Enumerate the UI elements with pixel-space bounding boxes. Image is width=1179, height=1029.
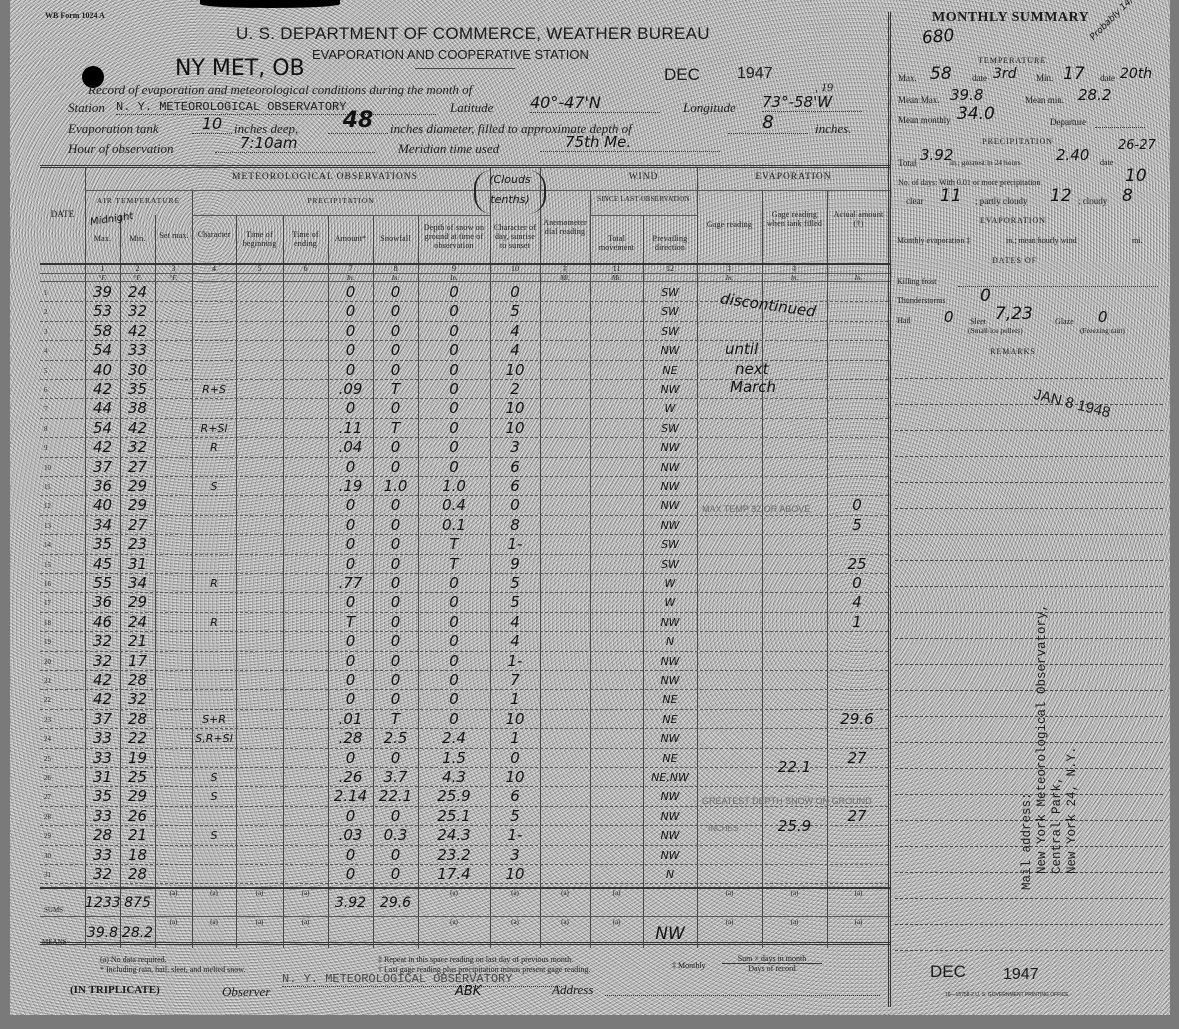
cell-snow[interactable]: 0 xyxy=(373,438,418,457)
cell-amt[interactable]: 0 xyxy=(328,555,373,574)
cell-actual[interactable] xyxy=(827,283,887,302)
cell-actual[interactable] xyxy=(827,361,887,380)
cell-char[interactable] xyxy=(192,652,236,671)
cell-char[interactable] xyxy=(192,865,236,884)
cell-depth[interactable]: 1.0 xyxy=(418,477,490,496)
cell-depth[interactable]: 2.4 xyxy=(418,729,490,748)
greatest-field[interactable]: 2.40 xyxy=(1056,146,1089,164)
cell-actual[interactable] xyxy=(827,865,887,884)
cell-cday[interactable]: 4 xyxy=(490,613,540,632)
remark-line[interactable] xyxy=(895,508,1165,509)
cell-dir[interactable]: SW xyxy=(643,419,697,438)
observer-field[interactable]: N. Y. METEOROLOGICAL OBSERVATORY xyxy=(282,972,562,987)
cell-cday[interactable]: 8 xyxy=(490,516,540,535)
cell-actual[interactable] xyxy=(827,302,887,321)
cell-max[interactable]: 28 xyxy=(85,826,120,845)
cell-char[interactable]: S xyxy=(192,826,236,845)
cell-snow[interactable]: 2.5 xyxy=(373,729,418,748)
cell-actual[interactable]: 25 xyxy=(827,555,887,574)
cell-depth[interactable]: 0 xyxy=(418,710,490,729)
cell-amt[interactable]: 0 xyxy=(328,865,373,884)
cell-min[interactable]: 26 xyxy=(120,807,155,826)
cell-min[interactable]: 29 xyxy=(120,477,155,496)
cell-max[interactable]: 42 xyxy=(85,438,120,457)
cell-min[interactable]: 35 xyxy=(120,380,155,399)
cell-depth[interactable]: 0 xyxy=(418,341,490,360)
remark-line[interactable] xyxy=(895,560,1165,561)
cell-char[interactable]: R xyxy=(192,438,236,457)
fill-depth-field[interactable]: 8 xyxy=(728,112,808,134)
cell-max[interactable]: 35 xyxy=(85,787,120,806)
cell-cday[interactable]: 2 xyxy=(490,380,540,399)
cell-actual[interactable] xyxy=(827,458,887,477)
cell-max[interactable]: 32 xyxy=(85,632,120,651)
cell-actual[interactable]: 5 xyxy=(827,516,887,535)
cell-depth[interactable]: 0 xyxy=(418,671,490,690)
cell-snow[interactable]: 0 xyxy=(373,613,418,632)
cell-depth[interactable]: 0 xyxy=(418,283,490,302)
cell-char[interactable]: R xyxy=(192,574,236,593)
cell-min[interactable]: 25 xyxy=(120,768,155,787)
cell-snow[interactable]: 0 xyxy=(373,632,418,651)
cell-dir[interactable]: NW xyxy=(643,477,697,496)
cell-amt[interactable]: .11 xyxy=(328,419,373,438)
cell-actual[interactable] xyxy=(827,419,887,438)
tank-depth-field[interactable]: 10 xyxy=(192,114,232,134)
cell-snow[interactable]: 0 xyxy=(373,322,418,341)
cell-actual[interactable] xyxy=(827,690,887,709)
cell-depth[interactable]: 0 xyxy=(418,593,490,612)
cell-max[interactable]: 33 xyxy=(85,749,120,768)
cell-depth[interactable]: 0 xyxy=(418,652,490,671)
cell-depth[interactable]: 0 xyxy=(418,574,490,593)
cell-actual[interactable]: 4 xyxy=(827,593,887,612)
cell-snow[interactable]: 0 xyxy=(373,458,418,477)
cell-cday[interactable]: 6 xyxy=(490,787,540,806)
cell-snow[interactable]: T xyxy=(373,419,418,438)
remark-line[interactable] xyxy=(895,404,1165,405)
cell-char[interactable] xyxy=(192,846,236,865)
cell-cday[interactable]: 0 xyxy=(490,749,540,768)
remark-line[interactable] xyxy=(895,482,1165,483)
cell-amt[interactable]: .77 xyxy=(328,574,373,593)
cell-cday[interactable]: 3 xyxy=(490,846,540,865)
cell-char[interactable] xyxy=(192,593,236,612)
cell-depth[interactable]: T xyxy=(418,555,490,574)
cell-dir[interactable]: W xyxy=(643,399,697,418)
cell-cday[interactable]: 1 xyxy=(490,690,540,709)
cell-char[interactable] xyxy=(192,458,236,477)
latitude-field[interactable]: 40°-47'N xyxy=(530,93,660,113)
partly-cloudy-field[interactable]: 12 xyxy=(1050,186,1072,206)
cell-cday[interactable]: 5 xyxy=(490,593,540,612)
cell-max[interactable]: 33 xyxy=(85,807,120,826)
cell-depth[interactable]: 17.4 xyxy=(418,865,490,884)
cell-dir[interactable]: NW xyxy=(643,652,697,671)
cell-snow[interactable]: T xyxy=(373,710,418,729)
cell-amt[interactable]: T xyxy=(328,613,373,632)
cell-amt[interactable]: 0 xyxy=(328,341,373,360)
cell-min[interactable]: 32 xyxy=(120,302,155,321)
cell-dir[interactable]: NW xyxy=(643,380,697,399)
clear-field[interactable]: 11 xyxy=(940,186,962,206)
mean-monthly-field[interactable]: 34.0 xyxy=(957,104,995,124)
cell-cday[interactable]: 6 xyxy=(490,477,540,496)
cell-snow[interactable]: 0 xyxy=(373,690,418,709)
cell-char[interactable]: R+S xyxy=(192,380,236,399)
cell-max[interactable]: 36 xyxy=(85,477,120,496)
cell-max[interactable]: 40 xyxy=(85,496,120,515)
cell-max[interactable]: 36 xyxy=(85,593,120,612)
cell-snow[interactable]: 0 xyxy=(373,516,418,535)
cell-amt[interactable]: 0 xyxy=(328,807,373,826)
cell-depth[interactable]: 0 xyxy=(418,458,490,477)
cell-min[interactable]: 29 xyxy=(120,496,155,515)
cell-amt[interactable]: 0 xyxy=(328,322,373,341)
cell-dir[interactable]: NW xyxy=(643,341,697,360)
cell-cday[interactable]: 3 xyxy=(490,438,540,457)
remark-line[interactable] xyxy=(895,950,1165,951)
hail-field[interactable]: 0 xyxy=(944,308,954,326)
cell-snow[interactable]: 0 xyxy=(373,555,418,574)
cell-actual[interactable] xyxy=(827,632,887,651)
cell-snow[interactable]: 22.1 xyxy=(373,787,418,806)
cell-depth[interactable]: 0 xyxy=(418,613,490,632)
cell-cday[interactable]: 10 xyxy=(490,768,540,787)
cell-snow[interactable]: 0.3 xyxy=(373,826,418,845)
cell-depth[interactable]: 0 xyxy=(418,632,490,651)
cell-depth[interactable]: 0.4 xyxy=(418,496,490,515)
cell-max[interactable]: 46 xyxy=(85,613,120,632)
cell-amt[interactable]: .03 xyxy=(328,826,373,845)
cell-max[interactable]: 45 xyxy=(85,555,120,574)
cell-amt[interactable]: 0 xyxy=(328,535,373,554)
cell-min[interactable]: 19 xyxy=(120,749,155,768)
cell-dir[interactable]: NE xyxy=(643,710,697,729)
cell-amt[interactable]: 0 xyxy=(328,671,373,690)
cell-min[interactable]: 32 xyxy=(120,438,155,457)
cell-depth[interactable]: 0 xyxy=(418,380,490,399)
tank-diameter-field[interactable]: 48 xyxy=(328,108,388,134)
cell-dir[interactable]: NW xyxy=(643,846,697,865)
cell-cday[interactable]: 10 xyxy=(490,361,540,380)
cell-dir[interactable]: SW xyxy=(643,322,697,341)
cell-cday[interactable]: 4 xyxy=(490,322,540,341)
cell-amt[interactable]: 0 xyxy=(328,516,373,535)
cell-max[interactable]: 39 xyxy=(85,283,120,302)
cell-char[interactable]: S,R+Sl xyxy=(192,729,236,748)
cell-max[interactable]: 33 xyxy=(85,846,120,865)
cell-char[interactable] xyxy=(192,341,236,360)
cell-cday[interactable]: 5 xyxy=(490,807,540,826)
cell-dir[interactable]: NE xyxy=(643,361,697,380)
cell-dir[interactable]: NW xyxy=(643,458,697,477)
cell-amt[interactable]: 0 xyxy=(328,496,373,515)
cell-amt[interactable]: 0 xyxy=(328,846,373,865)
cell-dir[interactable]: N xyxy=(643,865,697,884)
max-date-field[interactable]: 3rd xyxy=(993,66,1017,82)
cell-depth[interactable]: T xyxy=(418,535,490,554)
cell-char[interactable]: R+Sl xyxy=(192,419,236,438)
cell-max[interactable]: 31 xyxy=(85,768,120,787)
cell-amt[interactable]: 0 xyxy=(328,399,373,418)
cell-amt[interactable]: 0 xyxy=(328,652,373,671)
cell-snow[interactable]: 0 xyxy=(373,865,418,884)
cell-max[interactable]: 37 xyxy=(85,458,120,477)
cell-min[interactable]: 42 xyxy=(120,419,155,438)
cell-depth[interactable]: 0 xyxy=(418,322,490,341)
cell-amt[interactable]: 2.14 xyxy=(328,787,373,806)
cell-snow[interactable]: 0 xyxy=(373,671,418,690)
cell-actual[interactable]: 27 xyxy=(827,807,887,826)
cell-depth[interactable]: 0 xyxy=(418,438,490,457)
total-field[interactable]: 3.92 xyxy=(920,146,953,164)
cell-actual[interactable] xyxy=(827,652,887,671)
cell-dir[interactable]: NE xyxy=(643,690,697,709)
cell-snow[interactable]: 0 xyxy=(373,302,418,321)
cell-cday[interactable]: 4 xyxy=(490,341,540,360)
cell-dir[interactable]: W xyxy=(643,593,697,612)
cell-actual[interactable] xyxy=(827,438,887,457)
cell-cday[interactable]: 10 xyxy=(490,419,540,438)
cell-char[interactable] xyxy=(192,690,236,709)
cell-depth[interactable]: 25.1 xyxy=(418,807,490,826)
cell-min[interactable]: 30 xyxy=(120,361,155,380)
cell-max[interactable]: 37 xyxy=(85,710,120,729)
cell-min[interactable]: 32 xyxy=(120,690,155,709)
cell-dir[interactable]: W xyxy=(643,574,697,593)
cell-char[interactable] xyxy=(192,807,236,826)
cell-max[interactable]: 34 xyxy=(85,516,120,535)
cell-cday[interactable]: 10 xyxy=(490,399,540,418)
cell-snow[interactable]: 0 xyxy=(373,496,418,515)
cell-max[interactable]: 53 xyxy=(85,302,120,321)
cell-char[interactable] xyxy=(192,322,236,341)
cell-min[interactable]: 27 xyxy=(120,516,155,535)
cell-actual[interactable] xyxy=(827,768,887,787)
cell-snow[interactable]: 0 xyxy=(373,807,418,826)
cell-min[interactable]: 21 xyxy=(120,632,155,651)
remark-line[interactable] xyxy=(895,456,1165,457)
cell-actual[interactable] xyxy=(827,399,887,418)
cell-dir[interactable]: SW xyxy=(643,302,697,321)
cell-snow[interactable]: 0 xyxy=(373,593,418,612)
cell-dir[interactable]: NW xyxy=(643,438,697,457)
cell-dir[interactable]: NW xyxy=(643,496,697,515)
cell-actual[interactable] xyxy=(827,729,887,748)
cell-amt[interactable]: 0 xyxy=(328,361,373,380)
cell-max[interactable]: 35 xyxy=(85,535,120,554)
cell-actual[interactable]: 1 xyxy=(827,613,887,632)
cell-actual[interactable] xyxy=(827,341,887,360)
departure-field[interactable] xyxy=(1095,127,1145,128)
cell-amt[interactable]: 0 xyxy=(328,458,373,477)
cell-amt[interactable]: 0 xyxy=(328,749,373,768)
cell-min[interactable]: 28 xyxy=(120,710,155,729)
cell-snow[interactable]: 0 xyxy=(373,361,418,380)
cell-amt[interactable]: 0 xyxy=(328,690,373,709)
remark-line[interactable] xyxy=(895,534,1165,535)
cell-char[interactable] xyxy=(192,555,236,574)
thunderstorms-field[interactable]: 0 xyxy=(980,286,991,306)
cell-max[interactable]: 42 xyxy=(85,380,120,399)
cell-min[interactable]: 27 xyxy=(120,458,155,477)
cell-actual[interactable] xyxy=(827,671,887,690)
cell-cday[interactable]: 1- xyxy=(490,652,540,671)
cell-min[interactable]: 17 xyxy=(120,652,155,671)
cell-snow[interactable]: 0 xyxy=(373,283,418,302)
cell-dir[interactable]: NW xyxy=(643,613,697,632)
cell-max[interactable]: 54 xyxy=(85,341,120,360)
cell-dir[interactable]: NW xyxy=(643,516,697,535)
cell-depth[interactable]: 0 xyxy=(418,399,490,418)
cell-snow[interactable]: 0 xyxy=(373,399,418,418)
cell-dir[interactable]: NW xyxy=(643,807,697,826)
cell-char[interactable] xyxy=(192,283,236,302)
cell-max[interactable]: 58 xyxy=(85,322,120,341)
cell-cday[interactable]: 9 xyxy=(490,555,540,574)
cell-cday[interactable]: 7 xyxy=(490,671,540,690)
cell-depth[interactable]: 25.9 xyxy=(418,787,490,806)
remark-line[interactable] xyxy=(895,924,1165,925)
cell-cday[interactable]: 1- xyxy=(490,535,540,554)
cell-min[interactable]: 29 xyxy=(120,787,155,806)
cell-actual[interactable] xyxy=(827,380,887,399)
cell-max[interactable]: 42 xyxy=(85,690,120,709)
cell-dir[interactable]: SW xyxy=(643,555,697,574)
cell-amt[interactable]: 0 xyxy=(328,593,373,612)
cell-min[interactable]: 24 xyxy=(120,613,155,632)
cell-dir[interactable]: NW xyxy=(643,671,697,690)
cell-max[interactable]: 42 xyxy=(85,671,120,690)
cell-char[interactable] xyxy=(192,516,236,535)
cell-depth[interactable]: 0 xyxy=(418,419,490,438)
cell-cday[interactable]: 6 xyxy=(490,458,540,477)
cell-max[interactable]: 33 xyxy=(85,729,120,748)
cell-depth[interactable]: 0 xyxy=(418,302,490,321)
cell-dir[interactable]: NE,NW xyxy=(643,768,697,787)
station-field[interactable]: N. Y. METEOROLOGICAL OBSERVATORY xyxy=(116,100,436,115)
cell-amt[interactable]: 0 xyxy=(328,283,373,302)
glaze-field[interactable]: 0 xyxy=(1098,308,1108,326)
cell-char[interactable]: R xyxy=(192,613,236,632)
cell-amt[interactable]: .01 xyxy=(328,710,373,729)
cell-char[interactable] xyxy=(192,399,236,418)
cell-depth[interactable]: 1.5 xyxy=(418,749,490,768)
cell-min[interactable]: 34 xyxy=(120,574,155,593)
cell-char[interactable] xyxy=(192,535,236,554)
cell-snow[interactable]: 0 xyxy=(373,535,418,554)
max-field[interactable]: 58 xyxy=(930,64,952,84)
cell-max[interactable]: 55 xyxy=(85,574,120,593)
cell-dir[interactable]: SW xyxy=(643,535,697,554)
cell-dir[interactable]: N xyxy=(643,632,697,651)
cell-snow[interactable]: 0 xyxy=(373,846,418,865)
cell-cday[interactable]: 1- xyxy=(490,826,540,845)
cell-actual[interactable] xyxy=(827,535,887,554)
cell-char[interactable] xyxy=(192,632,236,651)
greatest-date-field[interactable]: 26-27 xyxy=(1118,138,1156,153)
cell-char[interactable] xyxy=(192,749,236,768)
cell-actual[interactable] xyxy=(827,846,887,865)
cell-actual[interactable] xyxy=(827,826,887,845)
cell-max[interactable]: 32 xyxy=(85,652,120,671)
cell-min[interactable]: 28 xyxy=(120,671,155,690)
cell-depth[interactable]: 4.3 xyxy=(418,768,490,787)
cell-min[interactable]: 33 xyxy=(120,341,155,360)
address-field[interactable] xyxy=(605,995,880,996)
cell-max[interactable]: 44 xyxy=(85,399,120,418)
remark-line[interactable] xyxy=(895,898,1165,899)
min-field[interactable]: 17 xyxy=(1063,64,1085,84)
cell-snow[interactable]: 0 xyxy=(373,749,418,768)
cell-dir[interactable]: NW xyxy=(643,729,697,748)
cell-amt[interactable]: .04 xyxy=(328,438,373,457)
cell-amt[interactable]: .19 xyxy=(328,477,373,496)
cell-min[interactable]: 23 xyxy=(120,535,155,554)
cell-snow[interactable]: 1.0 xyxy=(373,477,418,496)
cell-depth[interactable]: 23.2 xyxy=(418,846,490,865)
cell-cday[interactable]: 0 xyxy=(490,496,540,515)
cell-max[interactable]: 54 xyxy=(85,419,120,438)
cell-amt[interactable]: 0 xyxy=(328,302,373,321)
cell-min[interactable]: 42 xyxy=(120,322,155,341)
sleet-field[interactable]: 7,23 xyxy=(995,304,1033,324)
cell-snow[interactable]: 0 xyxy=(373,341,418,360)
cell-snow[interactable]: 3.7 xyxy=(373,768,418,787)
cell-cday[interactable]: 0 xyxy=(490,283,540,302)
cell-dir[interactable]: NW xyxy=(643,787,697,806)
precip-days-field[interactable]: 10 xyxy=(1125,166,1147,186)
cell-max[interactable]: 32 xyxy=(85,865,120,884)
cell-depth[interactable]: 0 xyxy=(418,361,490,380)
mean-min-field[interactable]: 28.2 xyxy=(1078,86,1111,104)
cell-char[interactable]: S xyxy=(192,787,236,806)
cell-min[interactable]: 29 xyxy=(120,593,155,612)
cell-min[interactable]: 21 xyxy=(120,826,155,845)
cell-char[interactable] xyxy=(192,361,236,380)
cell-actual[interactable]: 0 xyxy=(827,496,887,515)
remark-line[interactable] xyxy=(895,586,1165,587)
hour-field[interactable]: 7:10am xyxy=(215,134,375,153)
cell-amt[interactable]: .26 xyxy=(328,768,373,787)
cell-cday[interactable]: 5 xyxy=(490,302,540,321)
cell-char[interactable] xyxy=(192,496,236,515)
cell-dir[interactable]: NW xyxy=(643,826,697,845)
remark-line[interactable] xyxy=(895,378,1165,379)
cell-min[interactable]: 18 xyxy=(120,846,155,865)
min-date-field[interactable]: 20th xyxy=(1120,66,1152,82)
cell-char[interactable]: S+R xyxy=(192,710,236,729)
cell-char[interactable] xyxy=(192,671,236,690)
cloudy-field[interactable]: 8 xyxy=(1122,186,1133,206)
mean-max-field[interactable]: 39.8 xyxy=(950,86,983,104)
cell-cday[interactable]: 5 xyxy=(490,574,540,593)
cell-max[interactable]: 40 xyxy=(85,361,120,380)
cell-snow[interactable]: T xyxy=(373,380,418,399)
longitude-field[interactable]: 73°-58'W xyxy=(762,93,862,112)
cell-depth[interactable]: 0.1 xyxy=(418,516,490,535)
cell-cday[interactable]: 10 xyxy=(490,710,540,729)
cell-actual[interactable]: 27 xyxy=(827,749,887,768)
cell-actual[interactable]: 29.6 xyxy=(827,710,887,729)
cell-actual[interactable] xyxy=(827,322,887,341)
cell-actual[interactable] xyxy=(827,477,887,496)
cell-char[interactable]: S xyxy=(192,477,236,496)
cell-char[interactable] xyxy=(192,302,236,321)
cell-min[interactable]: 31 xyxy=(120,555,155,574)
cell-dir[interactable]: NE xyxy=(643,749,697,768)
